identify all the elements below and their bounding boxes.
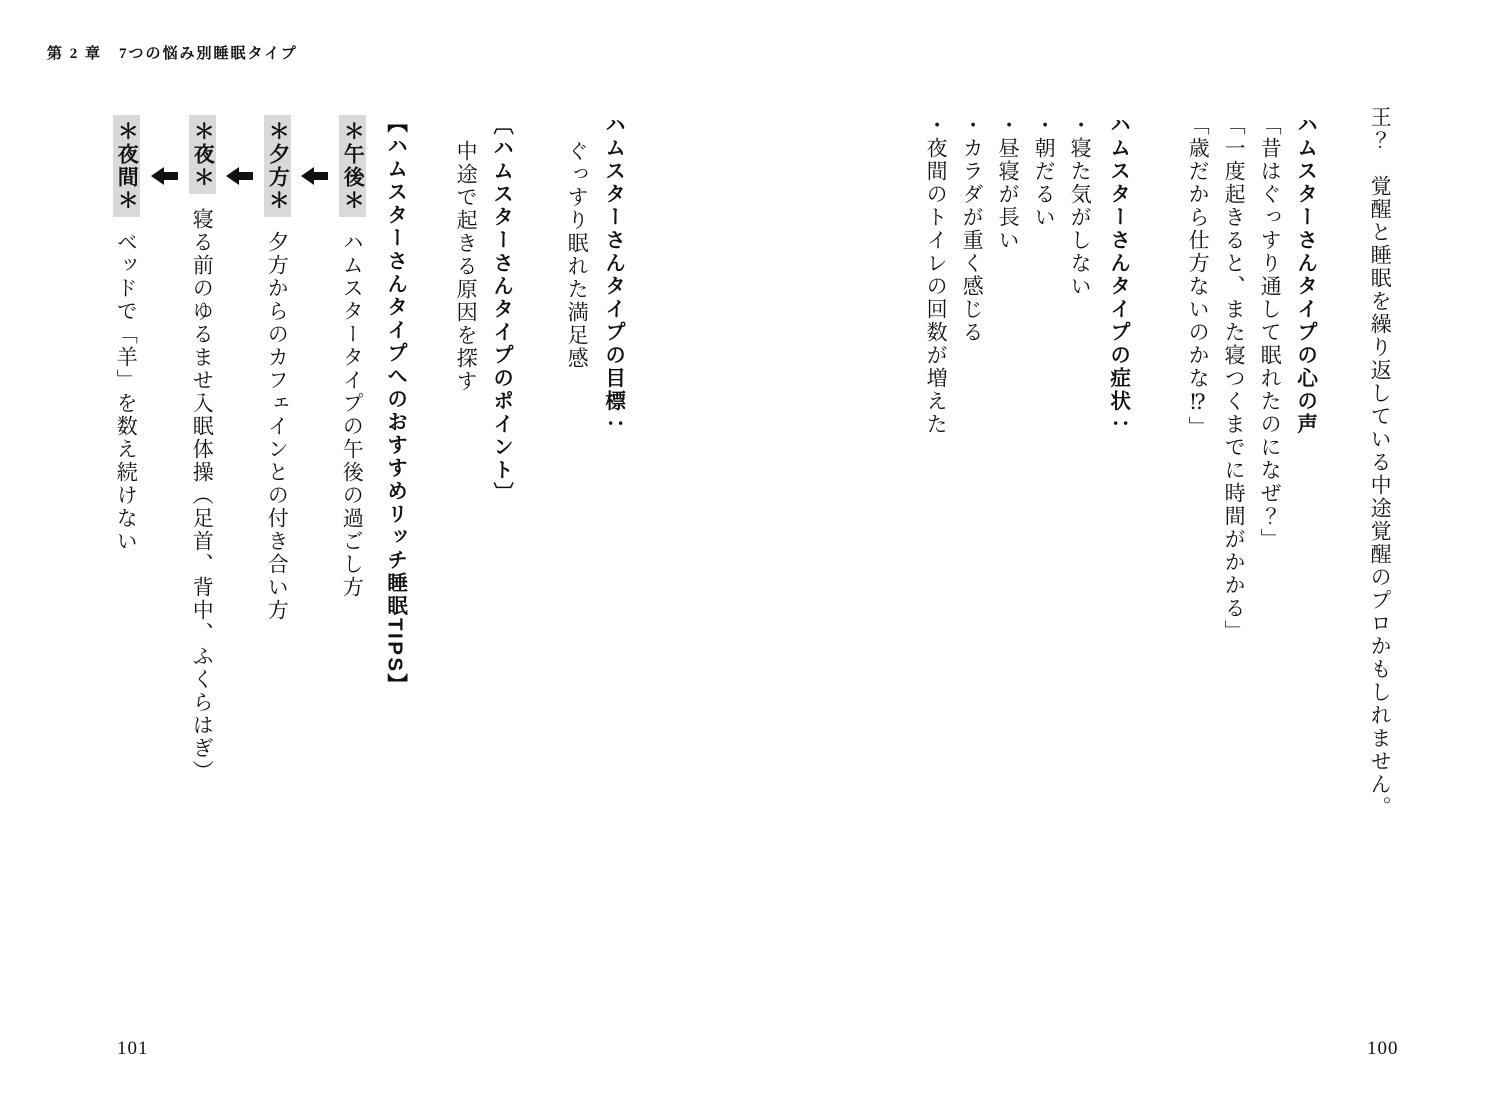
left-arrow-icon <box>226 167 253 185</box>
point-heading: 〔ハムスターさんタイプのポイント〕 <box>489 114 513 505</box>
left-arrow-icon <box>301 167 328 185</box>
tip-text: ハムスタータイプの午後の過ごし方 <box>340 231 364 599</box>
symptom-item: ・夜間のトイレの回数が増えた <box>924 114 948 436</box>
symptom-item: ・昼寝が長い <box>996 114 1020 252</box>
arrow-head <box>151 167 164 185</box>
goal-text: ぐっすり眠れた満足感 <box>565 140 589 370</box>
voice-heading: ハムスターさんタイプの心の声 <box>1293 114 1317 436</box>
running-head: 第 2 章 7つの悩み別睡眠タイプ <box>47 42 298 63</box>
tip-item-afternoon: ＊午後＊ハムスタータイプの午後の過ごし方 <box>339 115 365 599</box>
intro-tail-text: 王？ 覚醒と睡眠を繰り返している中途覚醒のプロかもしれません。 <box>1368 106 1392 819</box>
tip-item-nighttime: ＊夜間＊ベッドで「羊」を数え続けない <box>113 115 139 553</box>
page-number-right: 100 <box>1367 1038 1399 1060</box>
symptoms-heading: ハムスターさんタイプの症状： <box>1106 114 1130 436</box>
left-arrow-icon <box>151 167 178 185</box>
goal-heading: ハムスターさんタイプの目標： <box>601 114 625 436</box>
arrow-head <box>301 167 314 185</box>
tip-label: ＊午後＊ <box>339 115 366 217</box>
tips-heading: 【ハムスターさんタイプへのおすすめリッチ睡眠TIPS】 <box>383 112 407 697</box>
voice-quote: 「昔はぐっすり通して眠れたのになぜ？」 <box>1258 114 1282 551</box>
tip-item-night: ＊夜＊寝る前のゆるませ入眠体操（足首、背中、ふくらはぎ） <box>189 115 215 783</box>
tip-label: ＊夜＊ <box>189 115 216 194</box>
symptom-item: ・カラダが重く感じる <box>960 114 984 344</box>
tip-text: 夕方からのカフェインとの付き合い方 <box>265 231 289 622</box>
voice-quote: 「一度起きると、また寝つくまでに時間がかかる」 <box>1222 114 1246 643</box>
tip-label: ＊夜間＊ <box>113 115 140 217</box>
voice-quote: 「歳だから仕方ないのかな⁉」 <box>1186 114 1210 439</box>
arrow-head <box>226 167 239 185</box>
arrow-tail <box>239 172 253 180</box>
book-spread: 第 2 章 7つの悩み別睡眠タイプ 王？ 覚醒と睡眠を繰り返している中途覚醒のプ… <box>0 0 1512 1110</box>
arrow-tail <box>164 172 178 180</box>
symptom-item: ・朝だるい <box>1032 114 1056 229</box>
tip-text: 寝る前のゆるませ入眠体操（足首、背中、ふくらはぎ） <box>190 208 214 783</box>
point-text: 中途で起きる原因を探す <box>454 140 478 393</box>
symptom-item: ・寝た気がしない <box>1068 114 1092 298</box>
arrow-tail <box>314 172 328 180</box>
page-number-left: 101 <box>117 1038 149 1060</box>
tip-label: ＊夕方＊ <box>264 115 291 217</box>
tip-item-evening: ＊夕方＊夕方からのカフェインとの付き合い方 <box>264 115 290 622</box>
tip-text: ベッドで「羊」を数え続けない <box>114 231 138 553</box>
